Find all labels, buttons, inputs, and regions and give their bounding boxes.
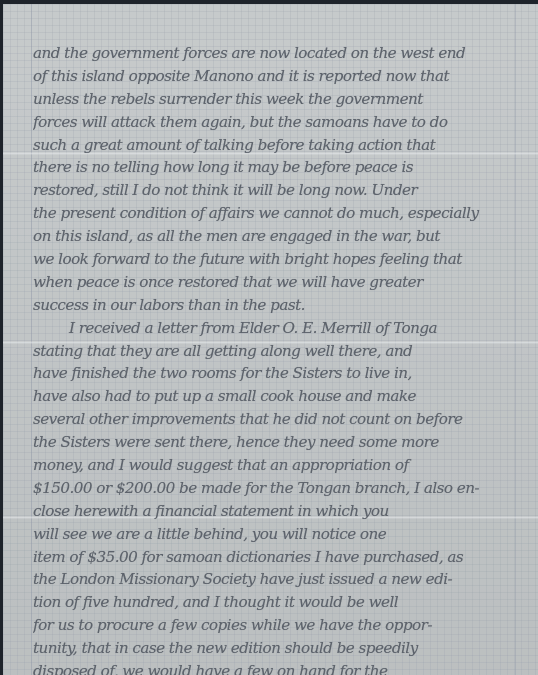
paragraph-start-line: I received a letter from Elder O. E. Mer… (33, 317, 523, 340)
handwritten-line: disposed of, we would have a few on hand… (33, 660, 523, 675)
handwritten-line: when peace is once restored that we will… (33, 271, 523, 294)
handwritten-line: several other improvements that he did n… (33, 408, 523, 431)
handwritten-line: tunity, that in case the new edition sho… (33, 637, 523, 660)
handwritten-line: and the government forces are now locate… (33, 42, 523, 65)
handwritten-line: success in our labors than in the past. (33, 294, 523, 317)
handwritten-line: the Sisters were sent there, hence they … (33, 431, 523, 454)
handwritten-line: unless the rebels surrender this week th… (33, 88, 523, 111)
handwritten-line: the London Missionary Society have just … (33, 568, 523, 591)
handwritten-line: stating that they are all getting along … (33, 340, 523, 363)
handwritten-line: we look forward to the future with brigh… (33, 248, 523, 271)
handwritten-line: forces will attack them again, but the s… (33, 111, 523, 134)
handwritten-line: have finished the two rooms for the Sist… (33, 362, 523, 385)
paper-margin-line-left (31, 4, 32, 675)
handwritten-line: will see we are a little behind, you wil… (33, 523, 523, 546)
handwritten-line: for us to procure a few copies while we … (33, 614, 523, 637)
handwritten-line: tion of five hundred, and I thought it w… (33, 591, 523, 614)
handwritten-line: close herewith a financial statement in … (33, 500, 523, 523)
letter-page: and the government forces are now locate… (3, 4, 538, 675)
handwritten-line: have also had to put up a small cook hou… (33, 385, 523, 408)
handwritten-line: restored, still I do not think it will b… (33, 179, 523, 202)
handwritten-line: money, and I would suggest that an appro… (33, 454, 523, 477)
handwritten-line: on this island, as all the men are engag… (33, 225, 523, 248)
handwritten-line: such a great amount of talking before ta… (33, 134, 523, 157)
handwritten-letter-body: and the government forces are now locate… (33, 42, 523, 675)
handwritten-line: $150.00 or $200.00 be made for the Tonga… (33, 477, 523, 500)
handwritten-line: there is no telling how long it may be b… (33, 156, 523, 179)
handwritten-line: item of $35.00 for samoan dictionaries I… (33, 546, 523, 569)
handwritten-line: the present condition of affairs we cann… (33, 202, 523, 225)
handwritten-line: of this island opposite Manono and it is… (33, 65, 523, 88)
